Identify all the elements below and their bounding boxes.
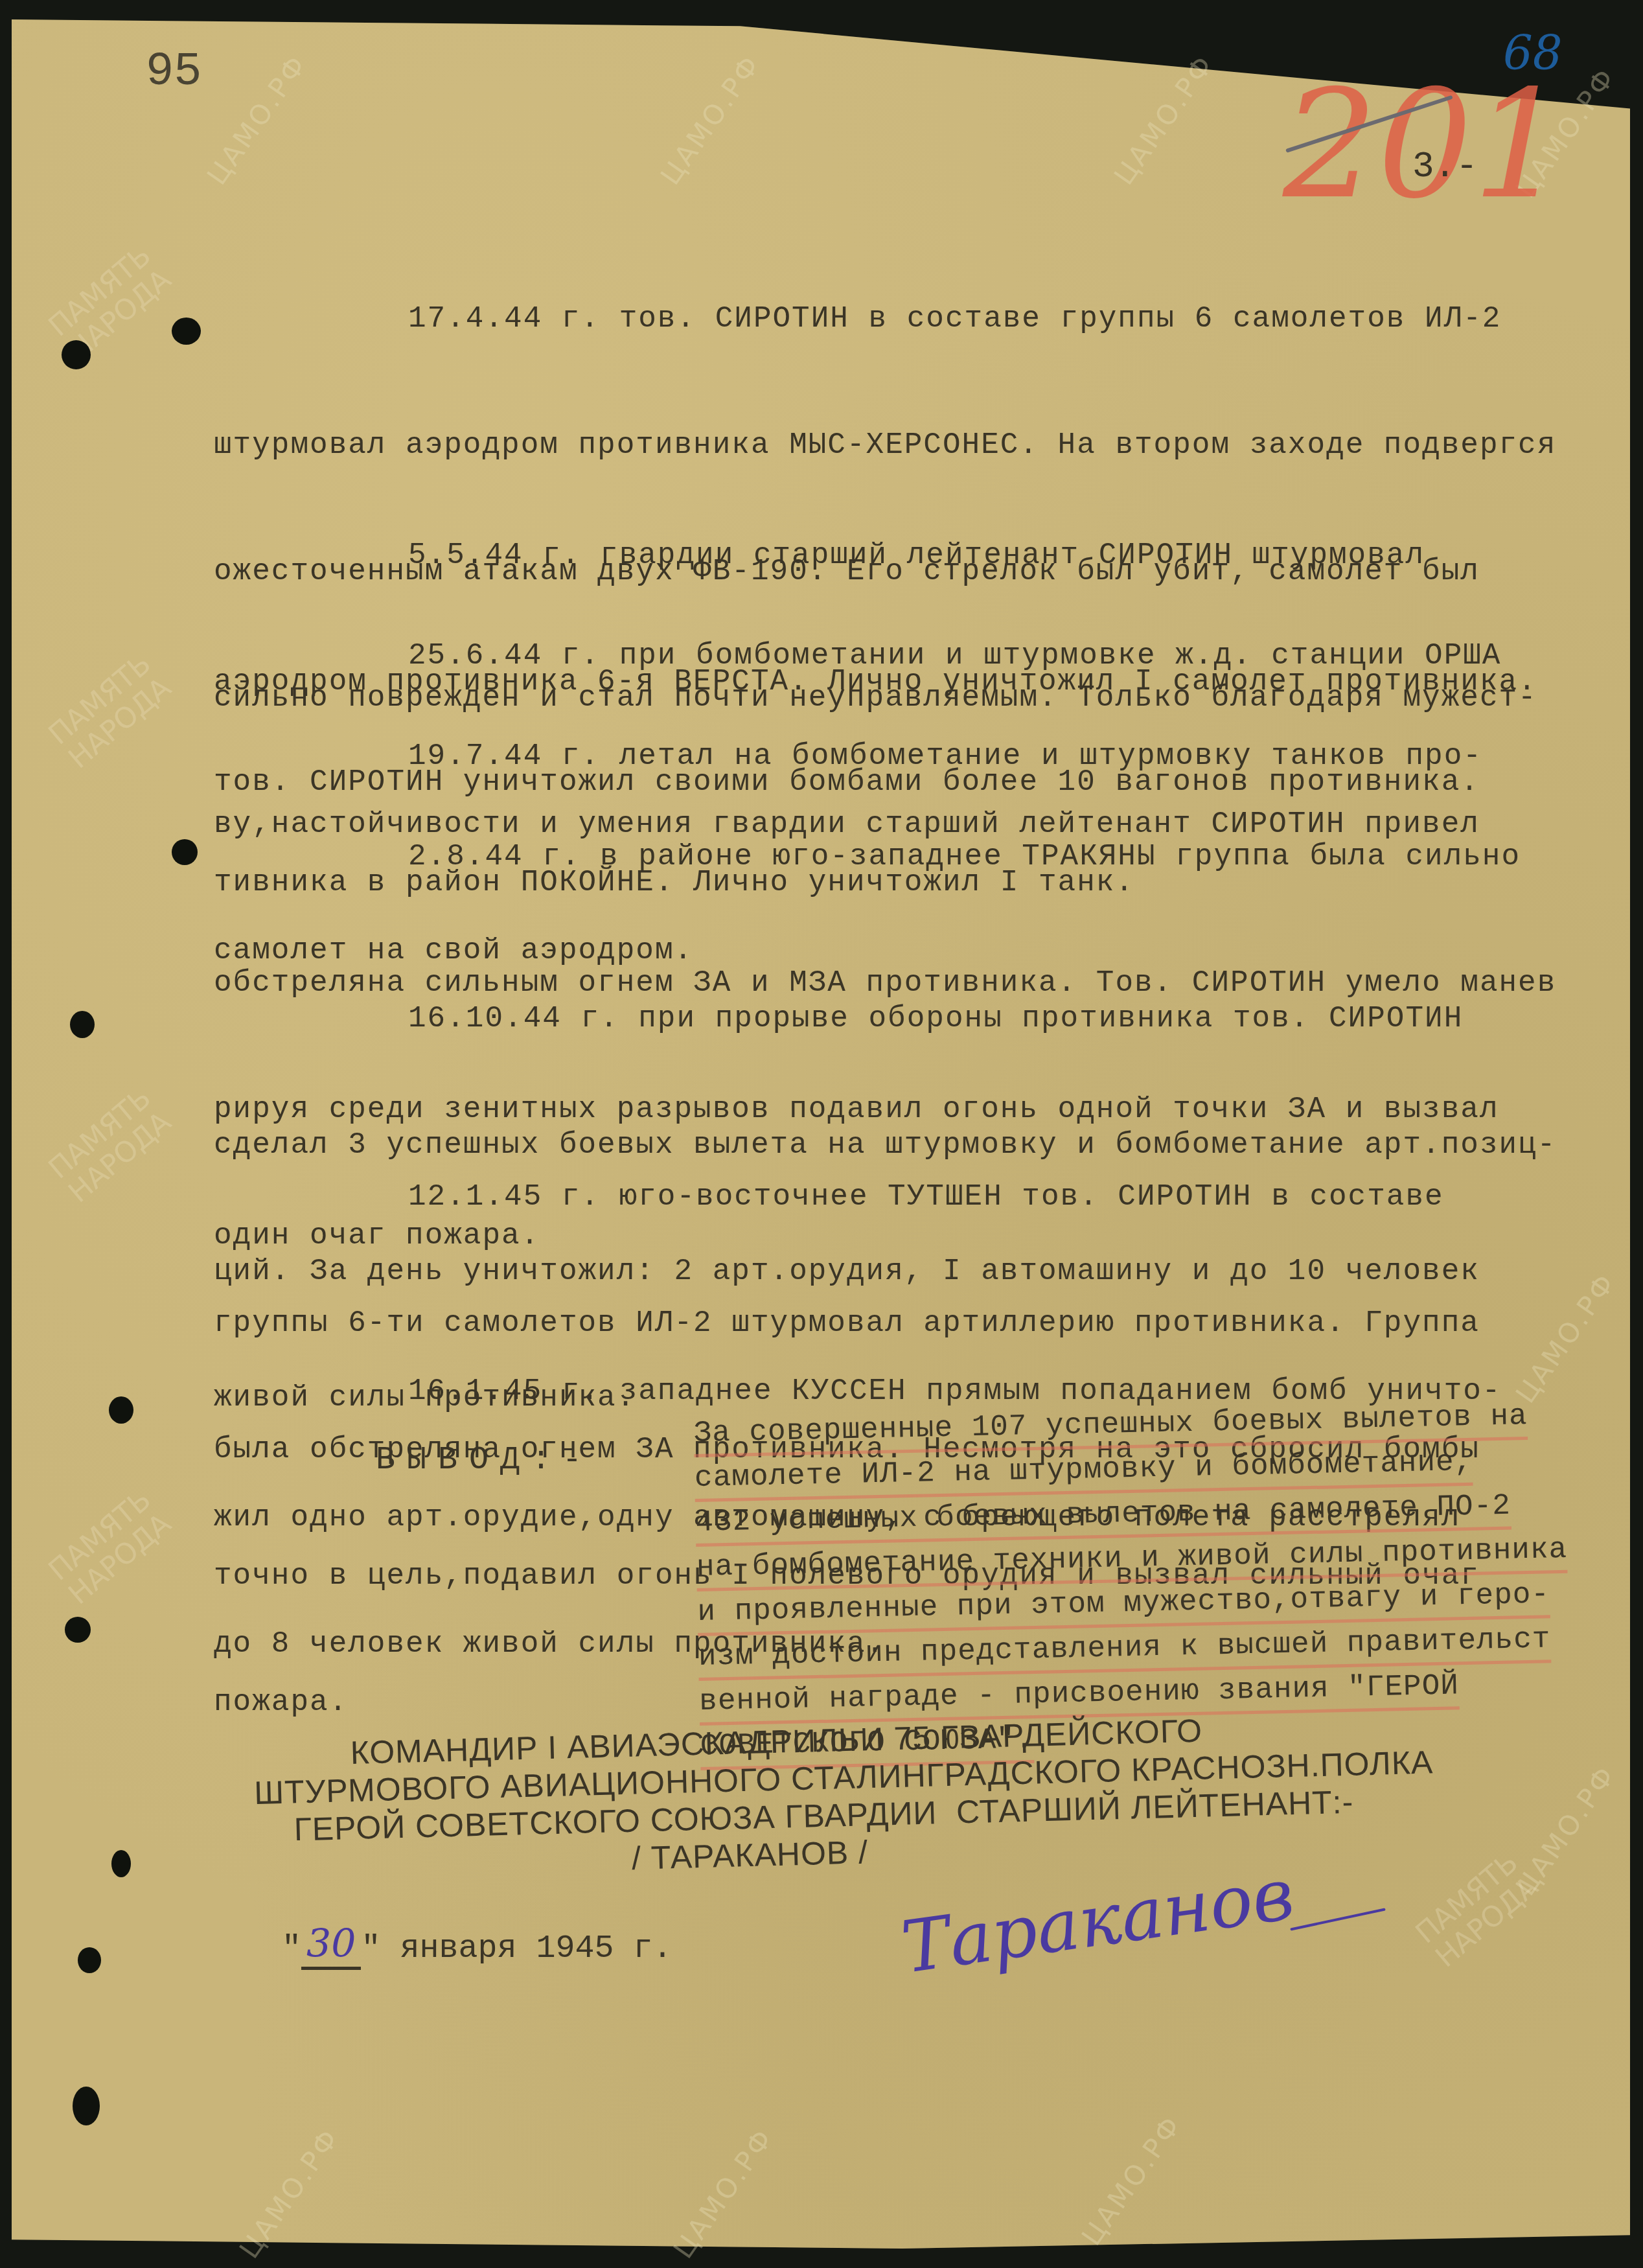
date-quote-open: " bbox=[282, 1930, 301, 1967]
binder-hole bbox=[172, 839, 198, 865]
binder-hole bbox=[109, 1396, 133, 1424]
document-date: "30" января 1945 г. bbox=[282, 1921, 672, 1967]
date-quote-close: " bbox=[361, 1930, 400, 1967]
date-month-year: января 1945 г. bbox=[400, 1930, 672, 1967]
binder-hole bbox=[172, 318, 201, 345]
text-line: 12.1.45 г. юго-восточнее ТУТШЕН тов. СИР… bbox=[214, 1176, 1480, 1218]
binder-hole bbox=[70, 1011, 95, 1038]
binder-hole bbox=[65, 1617, 91, 1643]
binder-hole bbox=[111, 1850, 131, 1877]
binder-hole bbox=[73, 2087, 100, 2125]
text-line: 17.4.44 г. тов. СИРОТИН в составе группы… bbox=[214, 298, 1556, 340]
binder-hole bbox=[62, 340, 91, 369]
text-line: 16.10.44 г. при прорыве обороны противни… bbox=[214, 998, 1556, 1040]
typed-page-mark: 3.- bbox=[1412, 146, 1478, 187]
text-line: 2.8.44 г. в районе юго-западнее ТРАКЯНЫ … bbox=[214, 836, 1556, 878]
date-day: 30 bbox=[301, 1921, 361, 1970]
conclusion-label: ВЫВОД:- bbox=[376, 1442, 593, 1479]
archive-page-number: 95 bbox=[146, 45, 201, 98]
binder-hole bbox=[78, 1947, 101, 1973]
